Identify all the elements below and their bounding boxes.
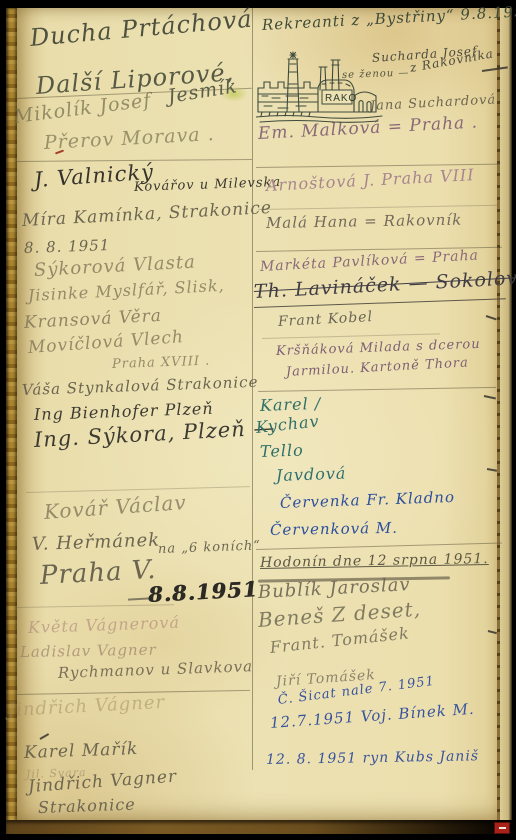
signature-entry: 12. 8. 1951 ryn Kubs Janiš [266,749,479,767]
signature-entry: Malá Hana = Rakovník [266,213,462,231]
factory-sketch: RAKO [256,50,386,130]
guestbook-page-scan: Ducha Prtáchová Další Liporové, Jesmík M… [0,0,516,840]
signature-entry: Karel Mařík [24,741,139,762]
signature-entry: Praha V. [39,557,157,589]
date-heading-hodonin: Hodonín dne 12 srpna 1951. [260,552,489,570]
signature-entry: V. Heřmánek [32,532,161,554]
rako-label: RAKO [325,93,357,104]
date-stamp: 8.8.1951 [147,578,258,605]
signature-entry: 8. 8. 1951 [24,238,111,256]
signature-entry: Javdová [276,466,347,484]
next-page-edge [500,8,512,820]
signature-entry: Ladislav Vagner [20,643,157,660]
table-surface-band [6,820,512,834]
corner-mark-icon [494,822,510,834]
signature-entry: na „6 koních“ [158,539,261,556]
signature-entry: Strakonice [38,797,136,816]
signature-entry: Praha XVIII . [112,355,211,371]
signature-entry: Tello [260,442,304,460]
signature-entry: Červenková M. [270,521,398,538]
